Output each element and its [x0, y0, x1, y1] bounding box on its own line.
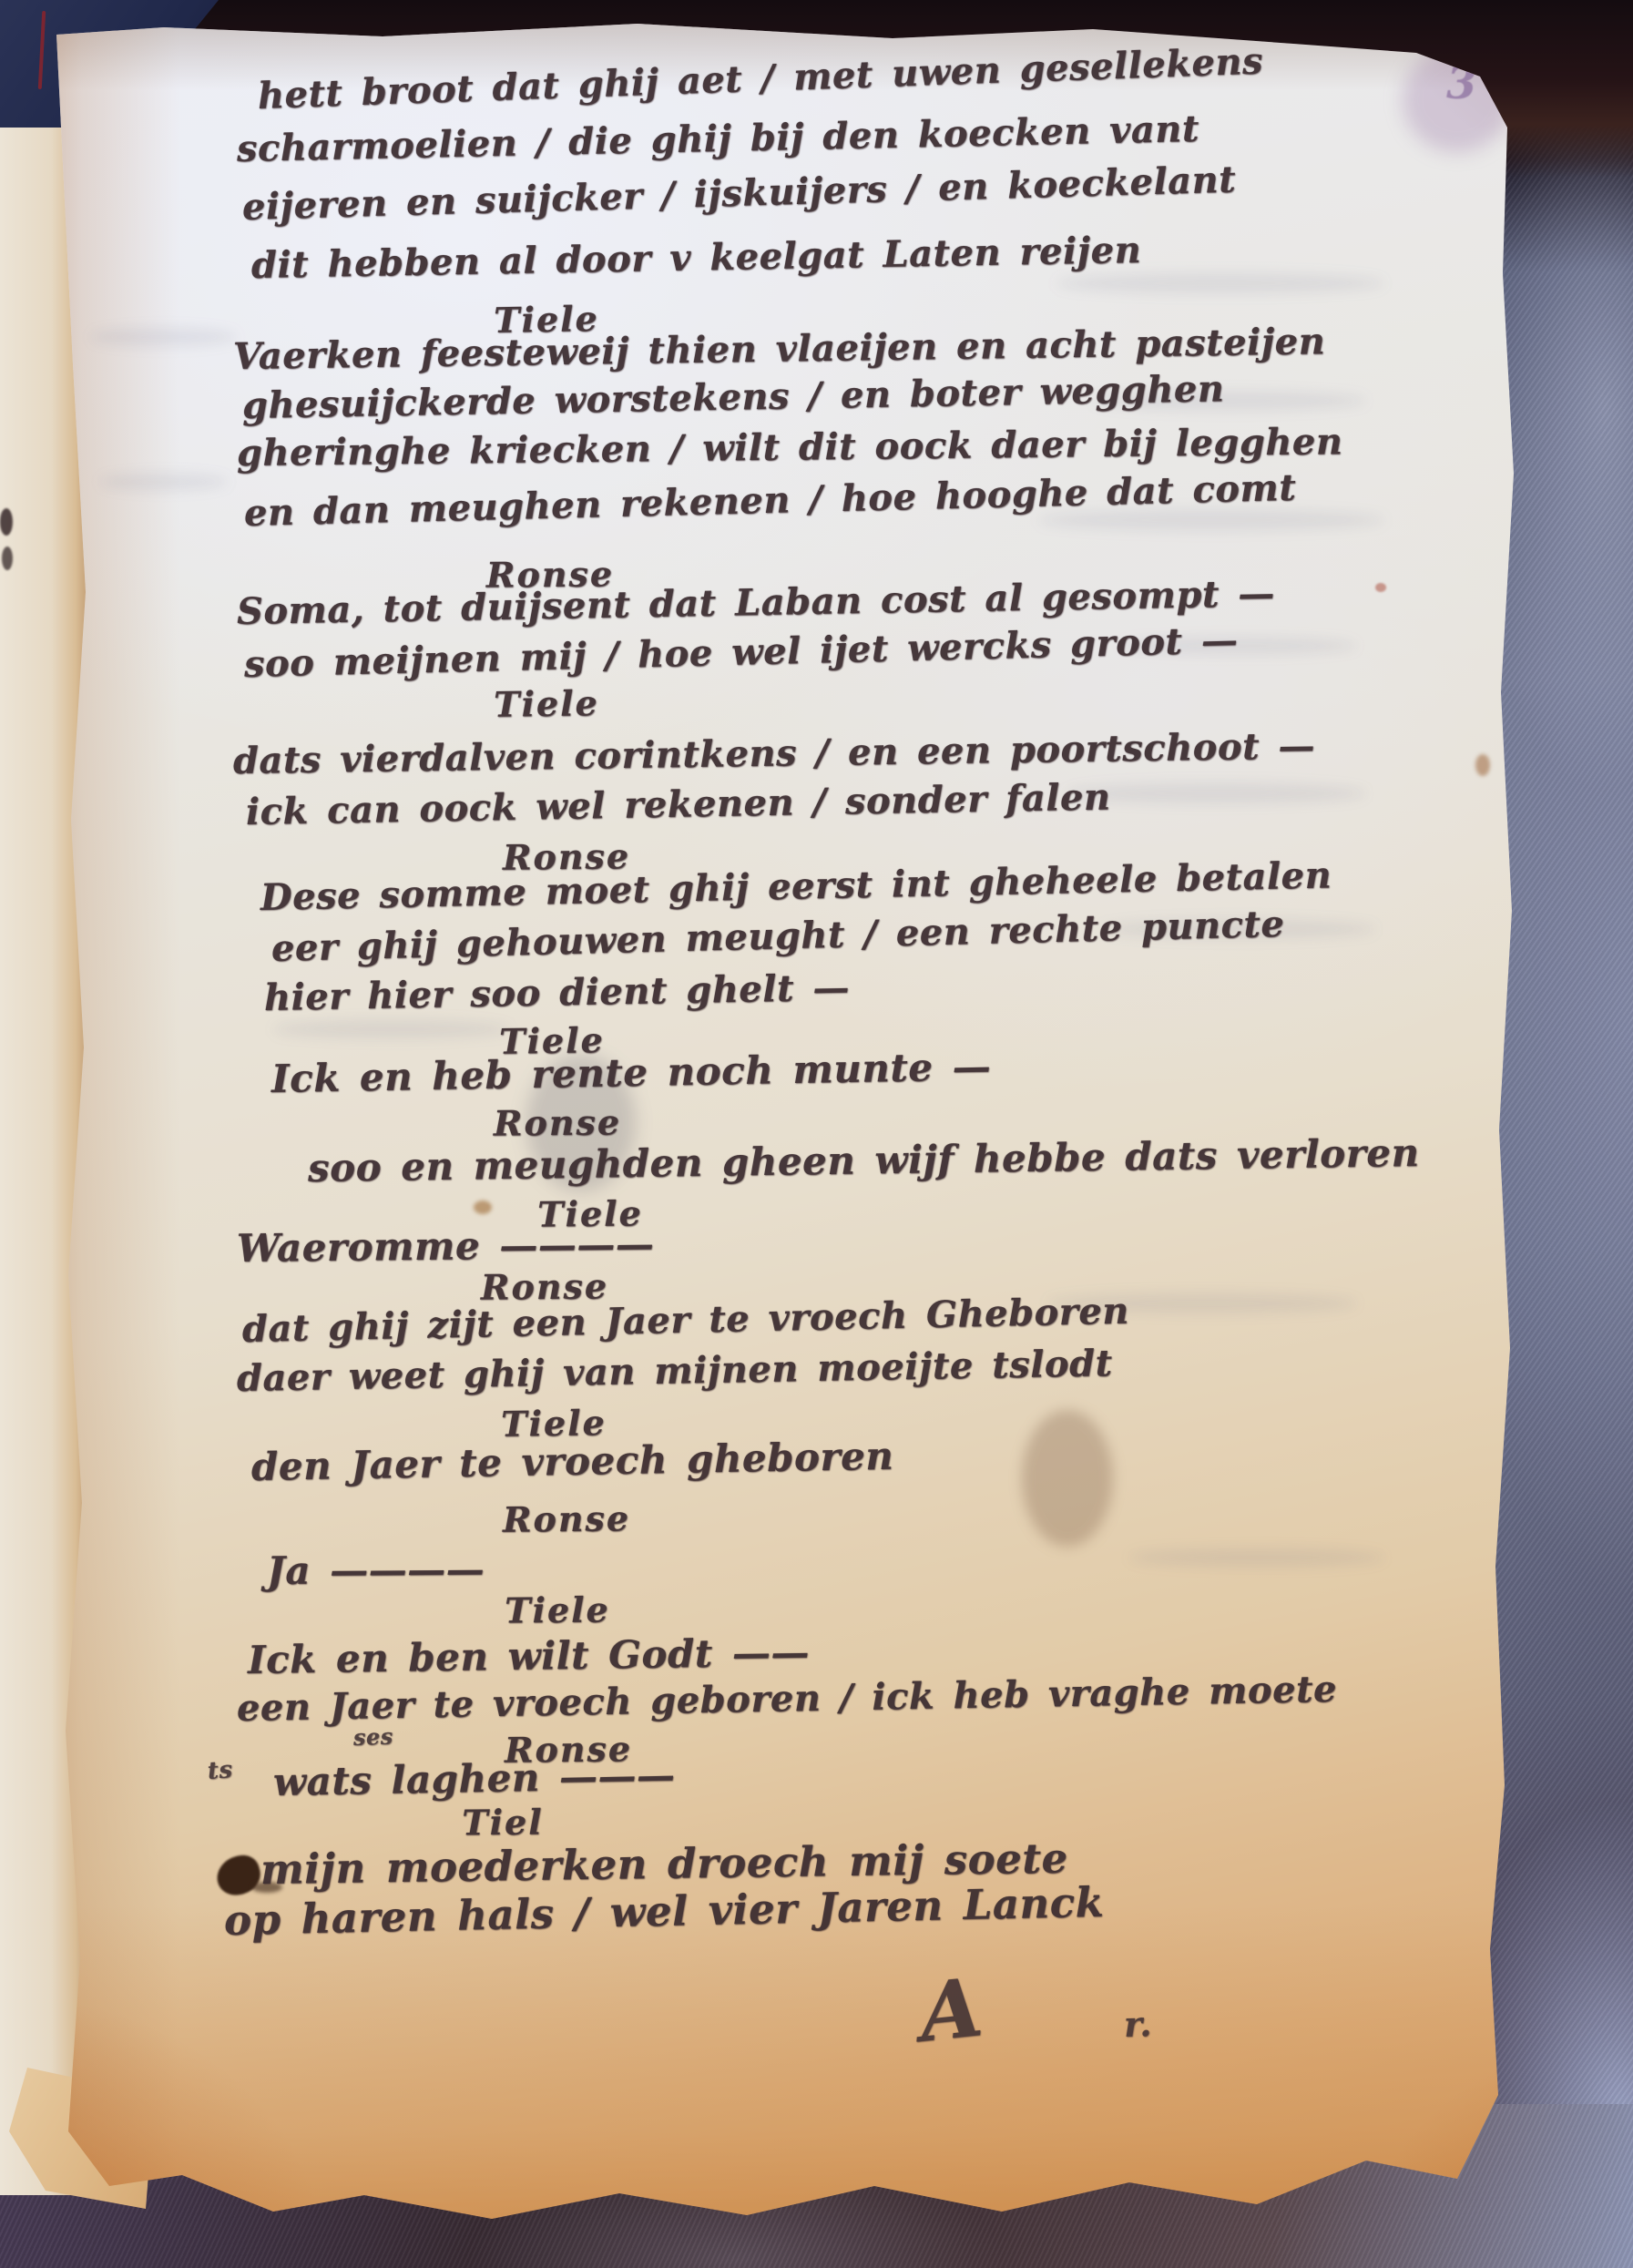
photo-scene: hett broot dat ghij aet / met uwen gesel…: [0, 0, 1633, 2268]
margin-mark: ts: [207, 1756, 234, 1785]
verse-line: hier hier soo dient ghelt —: [264, 966, 851, 1019]
verse-line: ick can oock wel rekenen / sonder falen: [246, 775, 1111, 833]
verse-line: daer weet ghij van mijnen moeijte tslodt: [237, 1342, 1113, 1400]
verse-line: wats laghen ———: [273, 1752, 676, 1804]
speaker-label: Tiele: [505, 1589, 610, 1630]
verse-line: soo en meughden gheen wijf hebbe dats ve…: [308, 1130, 1420, 1190]
manuscript-page: hett broot dat ghij aet / met uwen gesel…: [0, 0, 1633, 2268]
verse-line: Ick en heb rente noch munte —: [271, 1044, 992, 1101]
speaker-label: Ronse: [494, 1101, 622, 1143]
verse-line: ghesuijckerde worstekens / en boter wegg…: [242, 367, 1225, 427]
previous-page-ink-mark: [0, 508, 13, 536]
speaker-label: Tiel: [462, 1802, 544, 1844]
verse-line: Ja ————: [267, 1547, 485, 1593]
verse-line: Ick en ben wilt Godt ——: [248, 1629, 811, 1682]
verse-line: scharmoelien / die ghij bij den koecken …: [237, 107, 1200, 170]
verse-line: den Jaer te vroech gheboren: [251, 1434, 894, 1489]
verse-line: gheringhe kriecken / wilt dit oock daer …: [237, 420, 1343, 475]
verse-line: dat ghij zijt een Jaer te vroech Ghebore…: [242, 1290, 1130, 1351]
verse-line: hett broot dat ghij aet / met uwen gesel…: [257, 39, 1264, 117]
speaker-label: Ronse: [503, 1497, 631, 1539]
verse-line: Waeromme ————: [237, 1221, 655, 1271]
previous-page-ink-mark: [2, 547, 13, 570]
verse-line: dit hebben al door v keelgat Laten reije…: [251, 229, 1142, 287]
bottom-mark: A: [915, 1959, 987, 2060]
bottom-mark: r.: [1123, 2003, 1152, 2045]
verse-line: eijeren en suijcker / ijskuijers / en ko…: [241, 158, 1236, 229]
verse-line: en dan meughen rekenen / hoe hooghe dat …: [243, 466, 1296, 535]
handwritten-text-layer: hett broot dat ghij aet / met uwen gesel…: [0, 0, 1633, 2268]
speaker-label: Tiele: [494, 682, 599, 725]
verse-line: dats vierdalven corintkens / en een poor…: [233, 724, 1316, 782]
margin-mark: ses: [352, 1722, 393, 1751]
